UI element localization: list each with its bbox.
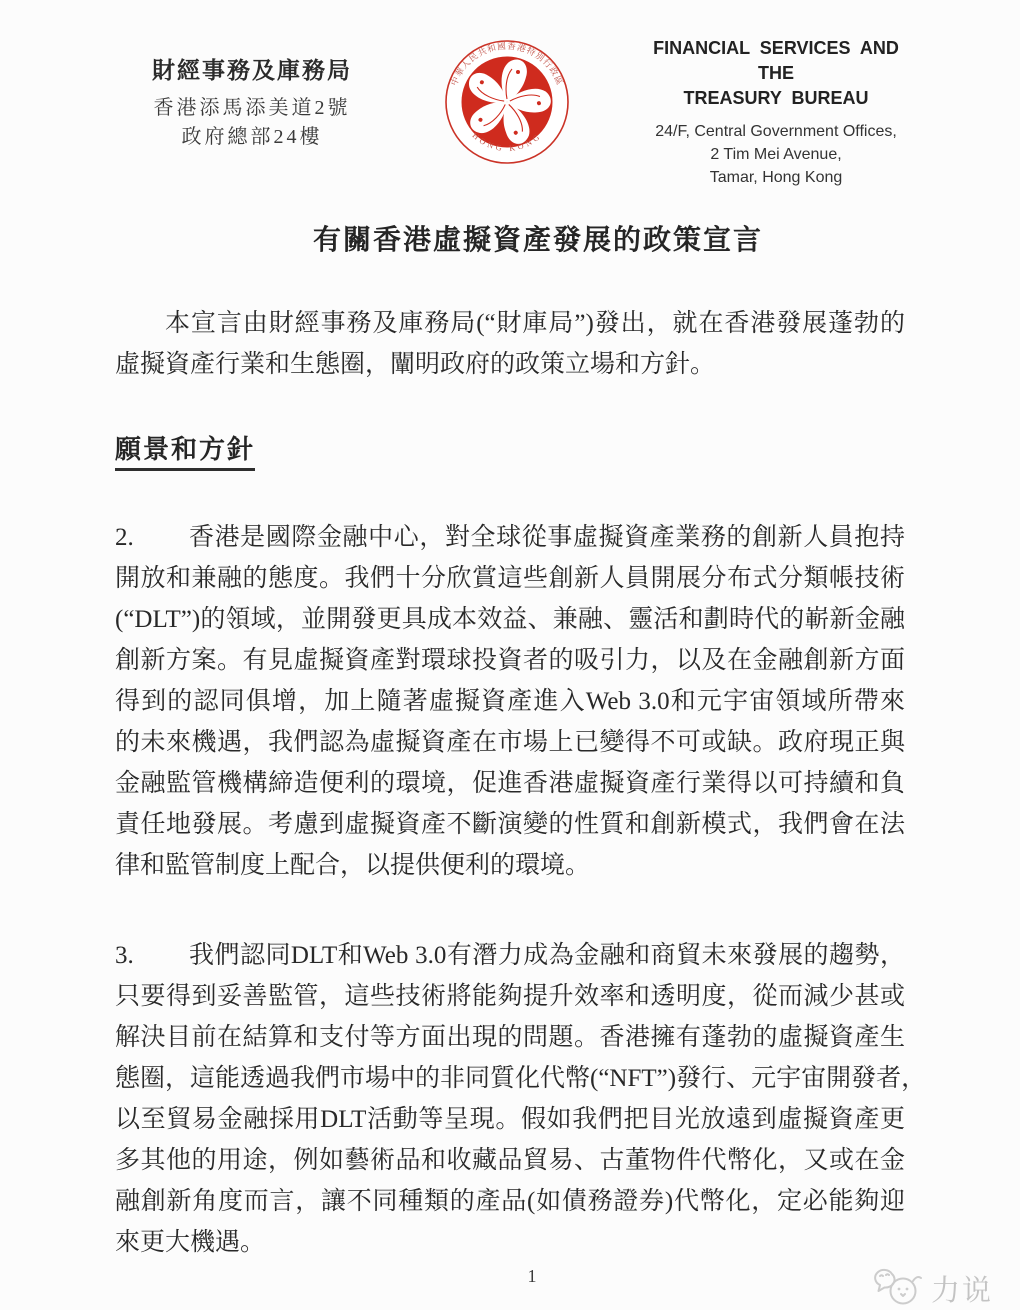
bureau-name-english-line1: FINANCIAL SERVICES AND THE: [653, 38, 899, 83]
watermark-logo-icon: [872, 1264, 926, 1310]
paragraph-3: 3. 我們認同DLT和Web 3.0有潛力成為金融和商貿未來發展的趨勢， 只要得…: [115, 935, 905, 1263]
intro-paragraph: 本宣言由財經事務及庫務局(“財庫局”)發出，就在香港發展蓬勃的 虛擬資產行業和生…: [115, 303, 905, 385]
paragraph-2: 2. 香港是國際金融中心，對全球從事虛擬資產業務的創新人員抱持 開放和兼融的態度…: [115, 517, 905, 886]
paragraph-line: 得到的認同俱增，加上隨著虛擬資產進入Web 3.0和元宇宙領域所帶來: [115, 681, 905, 722]
header-left-block: 財經事務及庫務局 香港添馬添美道2號 政府總部24樓: [118, 52, 386, 152]
bureau-name-chinese: 財經事務及庫務局: [118, 52, 386, 85]
paragraph-line: 多其他的用途，例如藝術品和收藏品貿易、古董物件代幣化，又或在金: [115, 1140, 905, 1181]
bureau-name-english-line2: TREASURY BUREAU: [683, 88, 868, 108]
paragraph-line: 2. 香港是國際金融中心，對全球從事虛擬資產業務的創新人員抱持: [115, 517, 905, 558]
paragraph-line: 只要得到妥善監管，這些技術將能夠提升效率和透明度，從而減少甚或: [115, 976, 905, 1017]
paragraph-line: 創新方案。有見虛擬資產對環球投資者的吸引力，以及在金融創新方面: [115, 640, 905, 681]
bureau-address-english-line2: 2 Tim Mei Avenue,: [710, 146, 841, 163]
policy-statement-page: 財經事務及庫務局 香港添馬添美道2號 政府總部24樓 中華人民共和國香港特別行政…: [0, 0, 1020, 1310]
paragraph-line: 開放和兼融的態度。我們十分欣賞這些創新人員開展分布式分類帳技術: [115, 558, 905, 599]
paragraph-line: 解決目前在結算和支付等方面出現的問題。香港擁有蓬勃的虛擬資產生: [115, 1017, 905, 1058]
paragraph-line: (“DLT”)的領域，並開發更具成本效益、兼融、靈活和劃時代的嶄新金融: [115, 599, 905, 640]
paragraph-line-text: 香港是國際金融中心，對全球從事虛擬資產業務的創新人員抱持: [189, 524, 905, 551]
header-right-block: FINANCIAL SERVICES AND THE TREASURY BURE…: [638, 36, 914, 189]
paragraph-line: 來更大機遇。: [115, 1222, 905, 1263]
intro-line-1: 本宣言由財經事務及庫務局(“財庫局”)發出，就在香港發展蓬勃的: [115, 303, 905, 344]
paragraph-line: 責任地發展。考慮到虛擬資產不斷演變的性質和創新模式，我們會在法: [115, 804, 905, 845]
bureau-address-chinese-line1: 香港添馬添美道2號: [118, 94, 386, 123]
bureau-address-english-line3: Tamar, Hong Kong: [710, 169, 843, 186]
bureau-address-english-line1: 24/F, Central Government Offices,: [655, 123, 897, 140]
document-title: 有關香港虛擬資產發展的政策宣言: [143, 218, 933, 258]
paragraph-line: 融創新角度而言，讓不同種類的產品(如債務證券)代幣化，定必能夠迎: [115, 1181, 905, 1222]
section-heading: 願景和方針: [115, 429, 255, 471]
paragraph-line: 3. 我們認同DLT和Web 3.0有潛力成為金融和商貿未來發展的趨勢，: [115, 935, 905, 976]
paragraph-line-text: 我們認同DLT和Web 3.0有潛力成為金融和商貿未來發展的趨勢，: [189, 942, 905, 969]
paragraph-line: 以至貿易金融採用DLT活動等呈現。假如我們把目光放遠到虛擬資產更: [115, 1099, 905, 1140]
paragraph-number: 2.: [115, 517, 134, 558]
watermark-text: 力说: [931, 1268, 993, 1309]
section-heading-wrap: 願景和方針: [115, 429, 255, 471]
bureau-address-english: 24/F, Central Government Offices, 2 Tim …: [638, 120, 914, 189]
watermark: 力说: [872, 1264, 993, 1310]
bureau-name-english: FINANCIAL SERVICES AND THE TREASURY BURE…: [638, 36, 914, 111]
paragraph-line: 金融監管機構締造便利的環境，促進香港虛擬資產行業得以可持續和負: [115, 763, 905, 804]
paragraph-line: 態圈，這能透過我們市場中的非同質化代幣(“NFT”)發行、元宇宙開發者，: [115, 1058, 905, 1099]
intro-line-2: 虛擬資產行業和生態圈，闡明政府的政策立場和方針。: [115, 344, 905, 385]
paragraph-number: 3.: [115, 935, 134, 976]
paragraph-line: 的未來機遇，我們認為虛擬資產在市場上已變得不可或缺。政府現正與: [115, 722, 905, 763]
hong-kong-sar-emblem-icon: 中華人民共和國香港特別行政區 HONG KONG: [444, 39, 570, 165]
paragraph-line: 律和監管制度上配合，以提供便利的環境。: [115, 845, 905, 886]
bureau-address-chinese-line2: 政府總部24樓: [118, 123, 386, 152]
page-number: 1: [518, 1266, 546, 1287]
